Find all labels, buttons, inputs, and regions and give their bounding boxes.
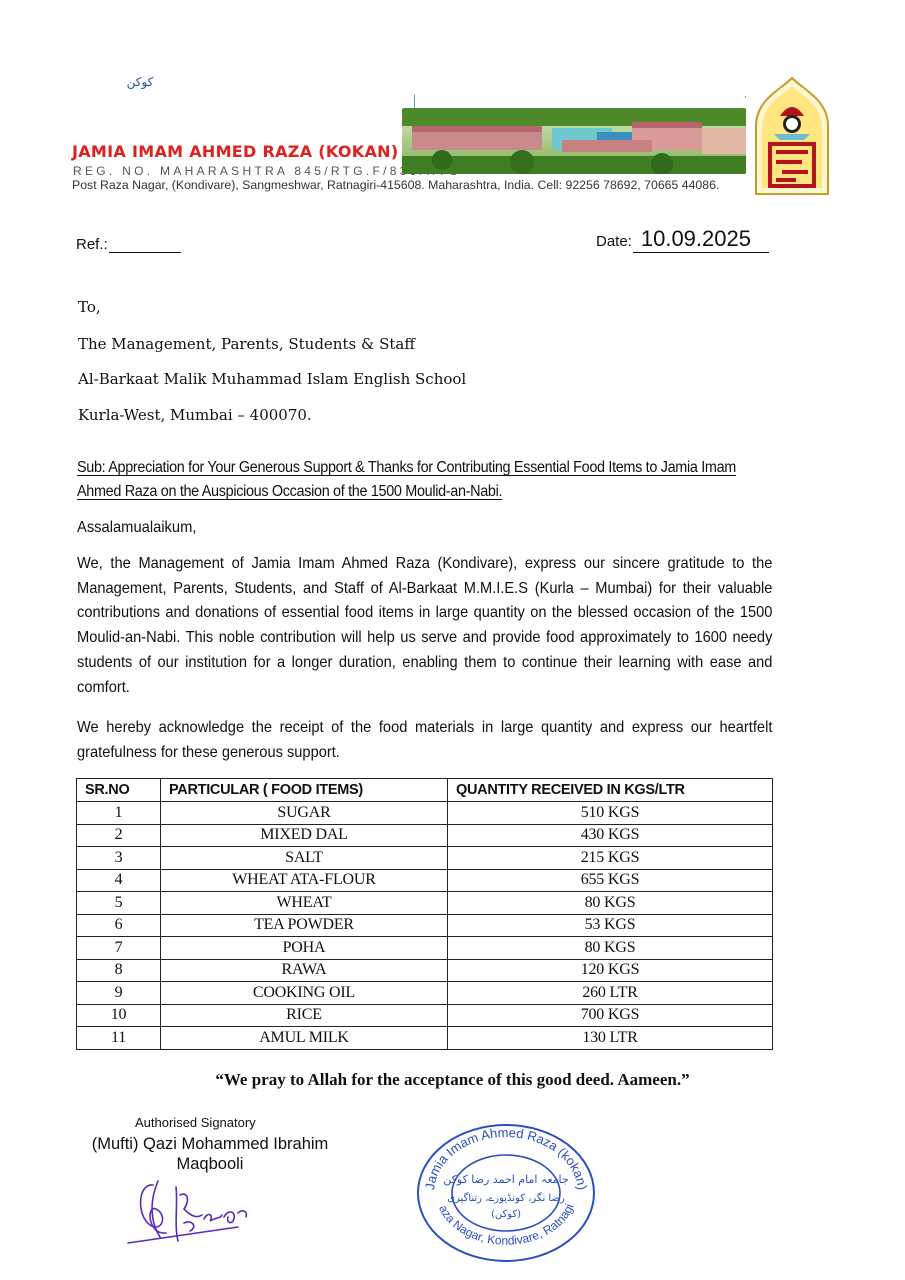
signatory-name-line-2: Maqbooli <box>70 1154 350 1174</box>
cell-quantity: 430 KGS <box>448 824 773 847</box>
cell-food-item: WHEAT <box>161 892 448 915</box>
table-row: 3SALT215 KGS <box>77 847 773 870</box>
cell-food-item: TEA POWDER <box>161 914 448 937</box>
recipient-line-1: The Management, Parents, Students & Staf… <box>78 335 415 353</box>
table-row: 10RICE700 KGS <box>77 1004 773 1027</box>
cell-quantity: 215 KGS <box>448 847 773 870</box>
cell-food-item: AMUL MILK <box>161 1027 448 1050</box>
cell-quantity: 53 KGS <box>448 914 773 937</box>
urdu-calligraphy-logo-icon: جامعہ امام احمد رضا کوکن <box>70 72 415 150</box>
cell-sr-no: 3 <box>77 847 161 870</box>
institution-stamp-icon: Jamia Imam Ahmed Raza (kokan) Raza Nagar… <box>412 1113 600 1263</box>
cell-sr-no: 11 <box>77 1027 161 1050</box>
date-value: 10.09.2025 <box>633 226 769 253</box>
cell-food-item: COOKING OIL <box>161 982 448 1005</box>
body-paragraph-2: We hereby acknowledge the receipt of the… <box>77 716 772 765</box>
cell-sr-no: 4 <box>77 869 161 892</box>
table-header-row: SR.NO PARTICULAR ( FOOD ITEMS) QUANTITY … <box>77 779 773 802</box>
cell-sr-no: 10 <box>77 1004 161 1027</box>
jamia-emblem-icon <box>752 76 832 196</box>
cell-quantity: 80 KGS <box>448 937 773 960</box>
header-particular: PARTICULAR ( FOOD ITEMS) <box>161 779 448 802</box>
ref-label: Ref.: <box>76 236 108 253</box>
table-row: 11AMUL MILK130 LTR <box>77 1027 773 1050</box>
cell-food-item: WHEAT ATA-FLOUR <box>161 869 448 892</box>
svg-text:(کوکن): (کوکن) <box>491 1209 521 1220</box>
cell-food-item: SUGAR <box>161 802 448 825</box>
cell-quantity: 260 LTR <box>448 982 773 1005</box>
svg-text:کوکن: کوکن <box>127 75 154 90</box>
ref-value <box>109 238 181 253</box>
campus-photo-icon <box>402 108 746 174</box>
table-row: 4WHEAT ATA-FLOUR655 KGS <box>77 869 773 892</box>
cell-sr-no: 6 <box>77 914 161 937</box>
institution-address: Post Raza Nagar, (Kondivare), Sangmeshwa… <box>72 178 719 192</box>
table-row: 9COOKING OIL260 LTR <box>77 982 773 1005</box>
cell-sr-no: 1 <box>77 802 161 825</box>
signatory-label: Authorised Signatory <box>135 1115 256 1130</box>
food-items-table: SR.NO PARTICULAR ( FOOD ITEMS) QUANTITY … <box>76 778 773 1050</box>
body-paragraph-1: We, the Management of Jamia Imam Ahmed R… <box>77 552 772 700</box>
cell-quantity: 655 KGS <box>448 869 773 892</box>
cell-food-item: SALT <box>161 847 448 870</box>
cell-sr-no: 2 <box>77 824 161 847</box>
table-row: 5WHEAT80 KGS <box>77 892 773 915</box>
cell-quantity: 510 KGS <box>448 802 773 825</box>
header-sr-no: SR.NO <box>77 779 161 802</box>
body-paragraph-2-text: We hereby acknowledge the receipt of the… <box>77 716 772 765</box>
table-row: 1SUGAR510 KGS <box>77 802 773 825</box>
cell-sr-no: 8 <box>77 959 161 982</box>
signature <box>118 1175 268 1255</box>
closing-prayer: “We pray to Allah for the acceptance of … <box>0 1070 905 1090</box>
arabic-salutation-banner: الصلوٰۃ والسلام علیک یارسول اللہ وعلیٰ آ… <box>408 78 746 106</box>
recipient-line-2: Al-Barkaat Malik Muhammad Islam English … <box>78 370 466 388</box>
header-quantity: QUANTITY RECEIVED IN KGS/LTR <box>448 779 773 802</box>
svg-text:جامعہ امام احمد رضا کوکن: جامعہ امام احمد رضا کوکن <box>443 1173 568 1186</box>
institution-stamp: Jamia Imam Ahmed Raza (kokan) Raza Nagar… <box>412 1113 600 1263</box>
table-body: 1SUGAR510 KGS2MIXED DAL430 KGS3SALT215 K… <box>77 802 773 1050</box>
cell-food-item: RICE <box>161 1004 448 1027</box>
handwritten-signature-icon <box>118 1175 268 1255</box>
table-row: 6TEA POWDER53 KGS <box>77 914 773 937</box>
table-row: 8RAWA120 KGS <box>77 959 773 982</box>
letter-subject: Sub: Appreciation for Your Generous Supp… <box>77 456 775 504</box>
campus-photo <box>402 108 746 174</box>
institution-english-name: JAMIA IMAM AHMED RAZA (KOKAN) <box>72 142 398 161</box>
urdu-institution-name: جامعہ امام احمد رضا کوکن <box>70 72 415 150</box>
cell-sr-no: 7 <box>77 937 161 960</box>
recipient-line-3: Kurla-West, Mumbai – 400070. <box>78 406 312 424</box>
body-paragraph-1-text: We, the Management of Jamia Imam Ahmed R… <box>77 552 772 700</box>
cell-sr-no: 5 <box>77 892 161 915</box>
recipient-salutation: To, <box>78 298 101 316</box>
cell-food-item: MIXED DAL <box>161 824 448 847</box>
reference-field: Ref.: <box>76 236 181 253</box>
cell-food-item: RAWA <box>161 959 448 982</box>
signatory-name-line-1: (Mufti) Qazi Mohammed Ibrahim <box>70 1134 350 1154</box>
table-row: 2MIXED DAL430 KGS <box>77 824 773 847</box>
date-field: Date:10.09.2025 <box>596 226 769 253</box>
cell-quantity: 80 KGS <box>448 892 773 915</box>
cell-quantity: 120 KGS <box>448 959 773 982</box>
svg-text:الصلوٰۃ والسلام علیک یارسول ال: الصلوٰۃ والسلام علیک یارسول اللہ وعلیٰ آ… <box>744 86 746 103</box>
cell-sr-no: 9 <box>77 982 161 1005</box>
greeting: Assalamualaikum, <box>77 519 196 537</box>
jamia-emblem <box>752 76 832 196</box>
cell-quantity: 130 LTR <box>448 1027 773 1050</box>
arabic-calligraphy-icon: الصلوٰۃ والسلام علیک یارسول اللہ وعلیٰ آ… <box>408 78 746 106</box>
cell-food-item: POHA <box>161 937 448 960</box>
table-row: 7POHA80 KGS <box>77 937 773 960</box>
signatory-name: (Mufti) Qazi Mohammed Ibrahim Maqbooli <box>70 1134 350 1174</box>
svg-text:رضا نگر، کونڈیورے، رتناگیری: رضا نگر، کونڈیورے، رتناگیری <box>447 1192 565 1204</box>
date-label: Date: <box>596 233 632 250</box>
cell-quantity: 700 KGS <box>448 1004 773 1027</box>
